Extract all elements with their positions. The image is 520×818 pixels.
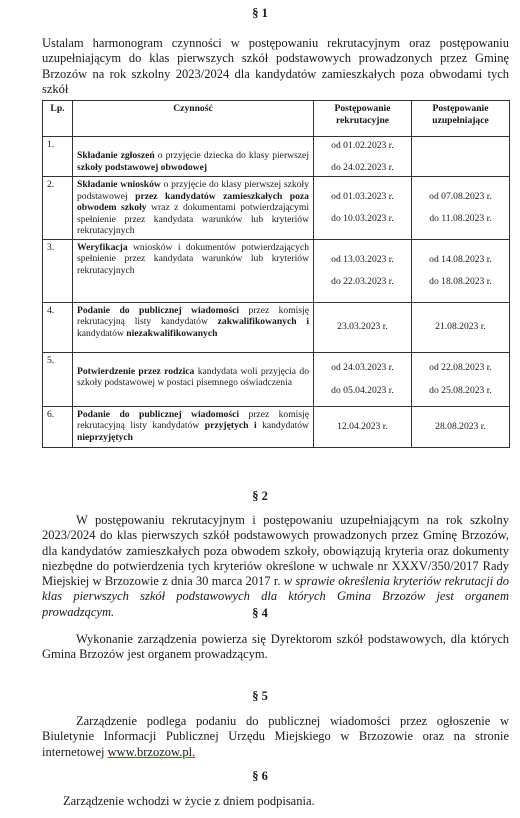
table-row: 6.Podanie do publicznej wiadomości przez… [43, 406, 510, 447]
activity-bold-text: Składanie zgłoszeń [77, 150, 155, 161]
cell-recruitment: od 01.02.2023 r.do 24.02.2023 r. [314, 137, 412, 177]
table-row: 5.Potwierdzenie przez rodzica kandydata … [43, 352, 510, 406]
activity-bold-text: nieprzyjętych [77, 432, 133, 443]
section-6-heading: § 6 [0, 769, 520, 784]
date-gap [416, 265, 505, 276]
cell-supplementary: od 14.08.2023 r.do 18.08.2023 r. [412, 239, 510, 302]
date-value: od 07.08.2023 r. [416, 191, 505, 203]
date-value: do 25.08.2023 r. [416, 385, 505, 397]
schedule-table: Lp. Czynność Postępowanie rekrutacyjne P… [42, 100, 510, 448]
website-link[interactable]: www.brzozow.pl. [108, 745, 196, 759]
section-4-text: Wykonanie zarządzenia powierza się Dyrek… [42, 632, 509, 663]
date-gap [318, 151, 407, 162]
header-lp: Lp. [43, 101, 73, 137]
section-2-text: W postępowaniu rekrutacyjnym i postępowa… [42, 513, 509, 620]
section-1-heading: § 1 [0, 6, 520, 21]
cell-activity: Składanie wniosków o przyjęcie do klasy … [73, 177, 314, 240]
date-value: do 22.03.2023 r. [318, 276, 407, 288]
table-row: 4.Podanie do publicznej wiadomości przez… [43, 302, 510, 352]
date-value: 28.08.2023 r. [416, 421, 505, 433]
activity-text: o przyjęcie dziecka do klasy pierwszej [155, 150, 309, 161]
section-5-heading: § 5 [0, 689, 520, 704]
cell-lp: 1. [43, 137, 73, 177]
activity-text: kandydatów [77, 328, 126, 339]
date-gap [318, 202, 407, 213]
date-value: do 18.08.2023 r. [416, 276, 505, 288]
date-value: do 24.02.2023 r. [318, 162, 407, 174]
table-header-row: Lp. Czynność Postępowanie rekrutacyjne P… [43, 101, 510, 137]
date-value: od 22.08.2023 r. [416, 362, 505, 374]
section-4-heading: § 4 [0, 606, 520, 621]
activity-bold-text: zakwalifikowanych i [218, 316, 309, 327]
section-2-heading: § 2 [0, 489, 520, 504]
cell-activity: Składanie zgłoszeń o przyjęcie dziecka d… [73, 137, 314, 177]
cell-recruitment: od 13.03.2023 r.do 22.03.2023 r. [314, 239, 412, 302]
activity-bold-text: przyjętych i [205, 420, 257, 431]
activity-bold-text: Podanie do publicznej wiadomości [77, 305, 239, 316]
section-1-intro: Ustalam harmonogram czynności w postępow… [42, 36, 509, 97]
cell-supplementary: od 22.08.2023 r.do 25.08.2023 r. [412, 352, 510, 406]
activity-bold-text: Potwierdzenie przez rodzica [77, 366, 194, 377]
date-value: do 11.08.2023 r. [416, 213, 505, 225]
cell-supplementary [412, 137, 510, 177]
cell-supplementary: 28.08.2023 r. [412, 406, 510, 447]
activity-bold-text: szkoły podstawowej obwodowej [77, 162, 207, 173]
date-value: 23.03.2023 r. [318, 321, 407, 333]
cell-recruitment: 12.04.2023 r. [314, 406, 412, 447]
cell-activity: Potwierdzenie przez rodzica kandydata wo… [73, 352, 314, 406]
header-supplementary: Postępowanie uzupełniające [412, 101, 510, 137]
date-value: do 05.04.2023 r. [318, 385, 407, 397]
header-recruitment: Postępowanie rekrutacyjne [314, 101, 412, 137]
date-value: od 24.03.2023 r. [318, 362, 407, 374]
activity-bold-text: niezakwalifikowanych [126, 328, 217, 339]
table-row: 3.Weryfikacja wniosków i dokumentów potw… [43, 239, 510, 302]
activity-text: kandydatów [257, 420, 309, 431]
cell-activity: Podanie do publicznej wiadomości przez k… [73, 302, 314, 352]
cell-activity: Weryfikacja wniosków i dokumentów potwie… [73, 239, 314, 302]
cell-lp: 3. [43, 239, 73, 302]
table-row: 2.Składanie wniosków o przyjęcie do klas… [43, 177, 510, 240]
activity-bold-text: Podanie do publicznej wiadomości [77, 409, 239, 420]
table-row: 1.Składanie zgłoszeń o przyjęcie dziecka… [43, 137, 510, 177]
date-value: od 13.03.2023 r. [318, 254, 407, 266]
cell-lp: 4. [43, 302, 73, 352]
activity-bold-text: Weryfikacja [77, 242, 128, 253]
cell-supplementary: od 07.08.2023 r.do 11.08.2023 r. [412, 177, 510, 240]
cell-supplementary: 21.08.2023 r. [412, 302, 510, 352]
cell-lp: 5. [43, 352, 73, 406]
date-value: 21.08.2023 r. [416, 321, 505, 333]
section-5-text: Zarządzenie podlega podaniu do publiczne… [42, 714, 509, 760]
cell-lp: 6. [43, 406, 73, 447]
date-value: od 01.02.2023 r. [318, 140, 407, 152]
date-gap [318, 374, 407, 385]
cell-activity: Podanie do publicznej wiadomości przez k… [73, 406, 314, 447]
cell-recruitment: od 24.03.2023 r.do 05.04.2023 r. [314, 352, 412, 406]
cell-recruitment: 23.03.2023 r. [314, 302, 412, 352]
date-gap [416, 202, 505, 213]
date-value: do 10.03.2023 r. [318, 213, 407, 225]
activity-bold-text: Składanie wniosków [77, 179, 161, 190]
date-value: od 01.03.2023 r. [318, 191, 407, 203]
header-activity: Czynność [73, 101, 314, 137]
date-gap [416, 374, 505, 385]
cell-recruitment: od 01.03.2023 r.do 10.03.2023 r. [314, 177, 412, 240]
cell-lp: 2. [43, 177, 73, 240]
date-value: 12.04.2023 r. [318, 421, 407, 433]
date-gap [318, 265, 407, 276]
section-6-text: Zarządzenie wchodzi w życie z dniem podp… [63, 794, 520, 809]
date-value: od 14.08.2023 r. [416, 254, 505, 266]
